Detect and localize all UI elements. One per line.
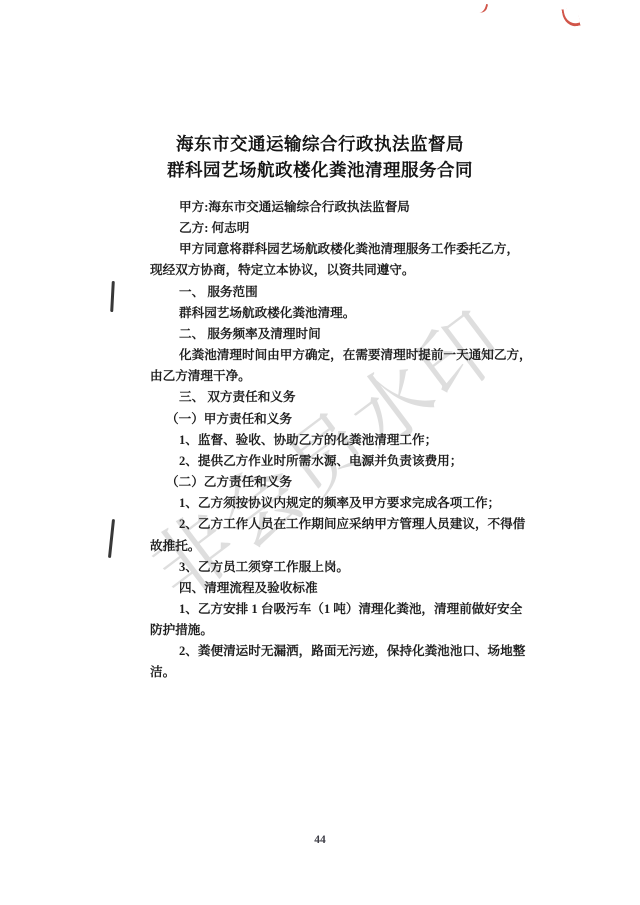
section-3-sub-2: （二）乙方责任和义务: [150, 472, 518, 493]
section-2-body-2: 由乙方清理干净。: [150, 366, 518, 387]
section-2-heading: 二、 服务频率及清理时间: [150, 324, 518, 345]
preamble-line-2: 现经双方协商，特定立本协议，以资共同遵守。: [150, 260, 518, 281]
section-2-body-1: 化粪池清理时间由甲方确定，在需要清理时提前一天通知乙方，: [150, 345, 518, 366]
contract-title-line-2: 群科园艺场航政楼化粪池清理服务合同: [0, 157, 640, 183]
red-ink-mark-1: [477, 2, 488, 14]
section-3-heading: 三、 双方责任和义务: [150, 387, 518, 408]
section-3-sub-1: （一）甲方责任和义务: [150, 409, 518, 430]
clause-c1-line-2: 防护措施。: [150, 620, 518, 641]
clause-b2-line-2: 故推托。: [150, 536, 518, 557]
margin-pen-stroke-2: [108, 519, 115, 558]
margin-pen-stroke-1: [110, 281, 114, 312]
contract-title-line-1: 海东市交通运输综合行政执法监督局: [0, 131, 640, 157]
clause-a2: 2、提供乙方作业时所需水源、电源并负责该费用；: [150, 451, 518, 472]
contract-title: 海东市交通运输综合行政执法监督局 群科园艺场航政楼化粪池清理服务合同: [0, 131, 640, 183]
clause-c1-line-1: 1、乙方安排 1 台吸污车（1 吨）清理化粪池，清理前做好安全: [150, 599, 518, 620]
section-1-heading: 一、 服务范围: [150, 282, 518, 303]
preamble-line-1: 甲方同意将群科园艺场航政楼化粪池清理服务工作委托乙方，: [150, 239, 518, 260]
clause-b3: 3、乙方员工须穿工作服上岗。: [150, 557, 518, 578]
scanned-contract-page: 非会员水印 海东市交通运输综合行政执法监督局 群科园艺场航政楼化粪池清理服务合同…: [0, 0, 640, 905]
clause-c2-line-1: 2、粪便清运时无漏洒，路面无污迹，保持化粪池池口、场地整: [150, 641, 518, 662]
clause-a1: 1、监督、验收、协助乙方的化粪池清理工作；: [150, 430, 518, 451]
clause-c2-line-2: 洁。: [150, 662, 518, 683]
red-ink-mark-2: [561, 7, 580, 28]
party-a-line: 甲方:海东市交通运输综合行政执法监督局: [150, 197, 518, 218]
party-b-line: 乙方: 何志明: [150, 218, 518, 239]
page-number: 44: [0, 834, 640, 846]
contract-body: 甲方:海东市交通运输综合行政执法监督局 乙方: 何志明 甲方同意将群科园艺场航政…: [150, 197, 518, 684]
clause-b1: 1、乙方须按协议内规定的频率及甲方要求完成各项工作；: [150, 493, 518, 514]
section-1-body: 群科园艺场航政楼化粪池清理。: [150, 303, 518, 324]
section-4-heading: 四、清理流程及验收标准: [150, 578, 518, 599]
clause-b2-line-1: 2、乙方工作人员在工作期间应采纳甲方管理人员建议，不得借: [150, 514, 518, 535]
